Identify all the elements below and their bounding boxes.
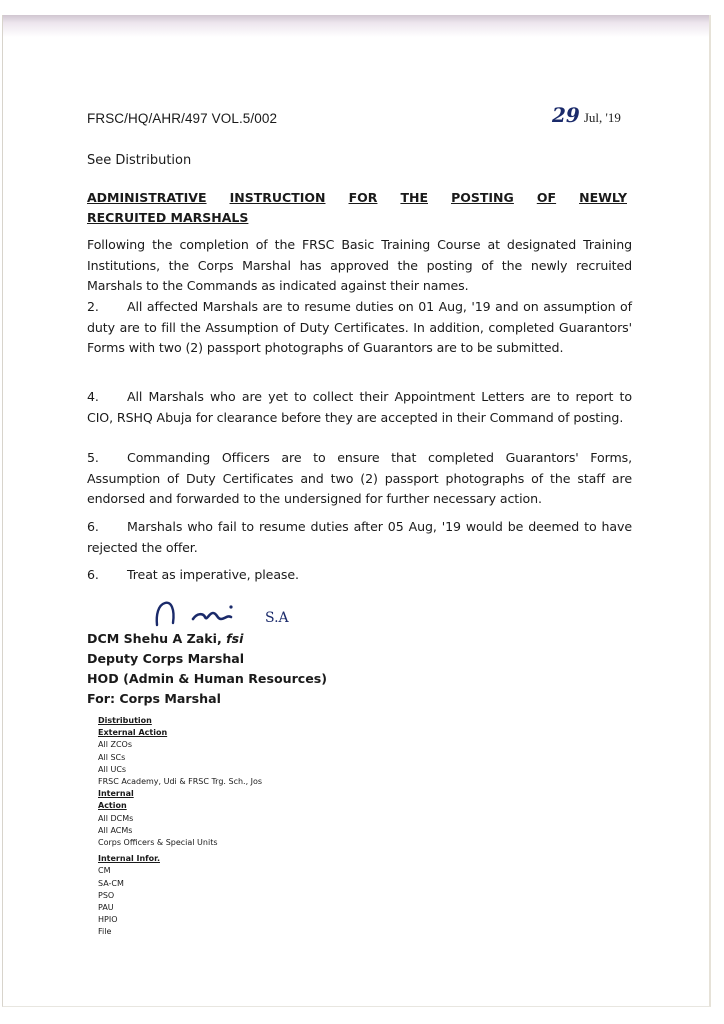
date-month-year: Jul, '19 (584, 110, 621, 125)
title-word: FOR (349, 188, 378, 208)
paragraph-2: 2.All affected Marshals are to resume du… (87, 297, 632, 359)
signer-position: HOD (Admin & Human Resources) (87, 669, 327, 689)
title-word: OF (537, 188, 556, 208)
paragraph-number: 2. (87, 297, 127, 318)
distribution-item: Corps Officers & Special Units (98, 837, 262, 849)
signer-name-line: DCM Shehu A Zaki, fsi (87, 629, 327, 649)
distribution-item: All ZCOs (98, 739, 262, 751)
distribution-item: All SCs (98, 752, 262, 764)
title-word: NEWLY (579, 188, 627, 208)
paragraph-closing: 6.Treat as imperative, please. (87, 565, 632, 586)
title-word: INSTRUCTION (230, 188, 326, 208)
distribution-item: File (98, 926, 262, 938)
paragraph-text: All Marshals who are yet to collect thei… (87, 389, 632, 425)
paragraph-4: 4.All Marshals who are yet to collect th… (87, 387, 632, 428)
distribution-item: All DCMs (98, 813, 262, 825)
signer-rank: Deputy Corps Marshal (87, 649, 327, 669)
paragraph-5: 5.Commanding Officers are to ensure that… (87, 448, 632, 510)
paragraph-number: 4. (87, 387, 127, 408)
distribution-list: Distribution External Action All ZCOs Al… (98, 715, 262, 939)
paragraph-number: 6. (87, 517, 127, 538)
distribution-heading: Distribution (98, 715, 262, 727)
internal-info-heading: Internal Infor. (98, 853, 262, 865)
distribution-item: FRSC Academy, Udi & FRSC Trg. Sch., Jos (98, 776, 262, 788)
title-word: THE (400, 188, 428, 208)
svg-text:S.A: S.A (265, 610, 290, 626)
paragraph-number: 6. (87, 565, 127, 586)
title-line-2: RECRUITED MARSHALS (87, 208, 627, 228)
paragraph-1: Following the completion of the FRSC Bas… (87, 235, 632, 297)
internal-action-heading: Action (98, 800, 262, 812)
scanned-letter-page: FRSC/HQ/AHR/497 VOL.5/002 29Jul, '19 See… (2, 15, 711, 1007)
title-word: POSTING (451, 188, 514, 208)
signer-suffix: fsi (226, 631, 243, 646)
title-word: ADMINISTRATIVE (87, 188, 207, 208)
distribution-item: HPIO (98, 914, 262, 926)
title-line-1: ADMINISTRATIVE INSTRUCTION FOR THE POSTI… (87, 188, 627, 208)
distribution-item: PSO (98, 890, 262, 902)
signer-name: DCM Shehu A Zaki, (87, 631, 222, 646)
distribution-item: All ACMs (98, 825, 262, 837)
paragraph-text: Following the completion of the FRSC Bas… (87, 237, 632, 293)
paragraph-text: Commanding Officers are to ensure that c… (87, 450, 632, 506)
external-action-heading: External Action (98, 727, 262, 739)
paragraph-6: 6.Marshals who fail to resume duties aft… (87, 517, 632, 558)
distribution-item: CM (98, 865, 262, 877)
paragraph-text: Marshals who fail to resume duties after… (87, 519, 632, 555)
paragraph-number: 5. (87, 448, 127, 469)
distribution-item: PAU (98, 902, 262, 914)
paragraph-text: Treat as imperative, please. (127, 567, 299, 582)
handwritten-signature: S.A (151, 595, 351, 631)
distribution-item: SA-CM (98, 878, 262, 890)
letter-title: ADMINISTRATIVE INSTRUCTION FOR THE POSTI… (87, 188, 627, 228)
reference-number: FRSC/HQ/AHR/497 VOL.5/002 (87, 111, 277, 126)
internal-heading: Internal (98, 788, 262, 800)
signature-block: DCM Shehu A Zaki, fsi Deputy Corps Marsh… (87, 629, 327, 709)
paragraph-text: All affected Marshals are to resume duti… (87, 299, 632, 355)
distribution-item: All UCs (98, 764, 262, 776)
date-day-handwritten: 29 (552, 103, 580, 127)
signer-for: For: Corps Marshal (87, 689, 327, 709)
addressee: See Distribution (87, 153, 191, 168)
letter-date: 29Jul, '19 (552, 103, 621, 127)
